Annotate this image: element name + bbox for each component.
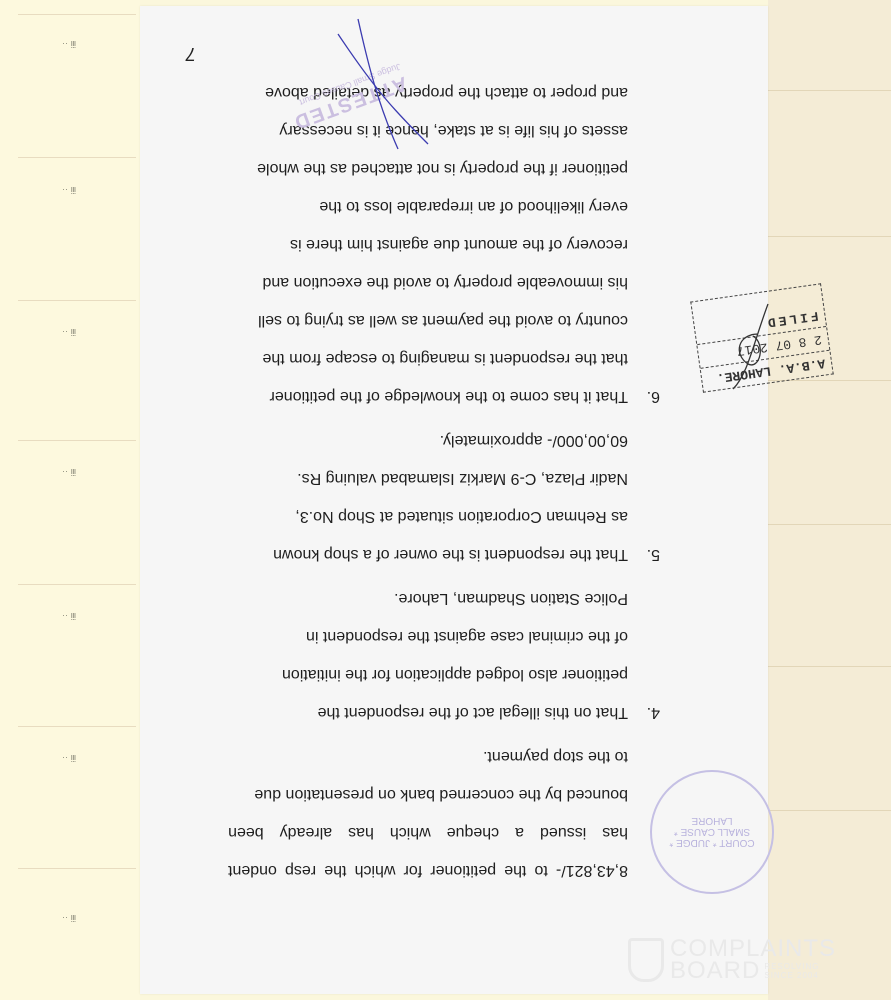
word: resp [285, 858, 316, 882]
watermark-tagline1: RESOLVING [764, 962, 819, 971]
word: has [602, 820, 628, 844]
text-line: recovery of the amount due against him t… [290, 232, 628, 256]
text-line: Police Station Shadman, Lahore. [394, 586, 628, 610]
margin-mark: ⅲ ·· [62, 752, 76, 763]
margin-mark: ⅲ ·· [62, 38, 76, 49]
text-line: 8,43,821/-tothepetitionerforwhichtheresp… [228, 858, 628, 882]
ruled-line [768, 524, 891, 525]
word: a [515, 820, 524, 844]
word: the [504, 858, 526, 882]
word: petitioner [430, 858, 496, 882]
text-line: hasissuedachequewhichhasalreadybeen [228, 820, 628, 844]
ruled-line [18, 14, 136, 15]
text-line: That the respondent is the owner of a sh… [273, 542, 628, 566]
ruled-line [768, 810, 891, 811]
margin-mark: ⅲ ·· [62, 912, 76, 923]
word: been [228, 820, 264, 844]
ruled-line [18, 157, 136, 158]
ruled-line [18, 726, 136, 727]
watermark-line2: BOARD [670, 960, 760, 982]
text-line: That on this illegal act of the responde… [318, 700, 628, 724]
ruled-line [768, 666, 891, 667]
text-line: that the respondent is managing to escap… [262, 346, 628, 370]
text-line: country to avoid the payment as well as … [258, 308, 628, 332]
complaints-board-watermark: COMPLAINTS BOARD RESOLVING SINCE 2004 [628, 935, 858, 985]
margin-mark: ⅲ ·· [62, 466, 76, 477]
word: which [390, 820, 431, 844]
word: the [324, 858, 346, 882]
text-line: bounced by the concerned bank on present… [254, 782, 628, 806]
word: already [280, 820, 332, 844]
ruled-line [768, 90, 891, 91]
word: cheque [447, 820, 500, 844]
paragraph-number: 6. [647, 384, 660, 408]
word: for [404, 858, 423, 882]
text-line: to the stop payment. [483, 744, 628, 768]
text-line: as Rehman Corporation situated at Shop N… [295, 504, 628, 528]
margin-mark: ⅲ ·· [62, 184, 76, 195]
paragraph-number: 5. [647, 542, 660, 566]
word: to [535, 858, 548, 882]
signature-mark [318, 14, 438, 154]
text-line: petitioner also lodged application for t… [282, 662, 628, 686]
word: 8,43,821/- [556, 858, 628, 882]
document-page: 7 8,43,821/-tothepetitionerforwhichthere… [140, 6, 768, 994]
word: has [348, 820, 374, 844]
ruled-line [18, 584, 136, 585]
rotated-page-content: 7 8,43,821/-tothepetitionerforwhichthere… [140, 6, 768, 994]
margin-mark: ⅲ ·· [62, 326, 76, 337]
shield-logo-icon [628, 938, 664, 982]
text-line: every likelihood of an irreparable loss … [319, 194, 628, 218]
word: issued [540, 820, 586, 844]
text-line: petitioner if the property is not attach… [257, 156, 628, 180]
ruled-line [768, 236, 891, 237]
page-number: 7 [186, 43, 196, 64]
margin-mark: ⅲ ·· [62, 610, 76, 621]
ruled-line [18, 300, 136, 301]
text-line: of the criminal case against the respond… [306, 624, 628, 648]
initials-mark [718, 294, 778, 394]
paragraph-number: 4. [647, 700, 660, 724]
text-line: his immoveable property to avoid the exe… [262, 270, 628, 294]
court-seal: COURT * JUDGE * SMALL CAUSE * LAHORE [650, 770, 774, 894]
text-line: 60,00,000/- approximately. [440, 428, 628, 452]
text-line: That it has come to the knowledge of the… [270, 384, 628, 408]
backing-sheet-right [768, 0, 891, 1000]
word: which [355, 858, 396, 882]
watermark-tagline2: SINCE 2004 [764, 971, 819, 980]
ruled-line [18, 868, 136, 869]
court-seal-text: COURT * JUDGE * SMALL CAUSE * LAHORE [667, 816, 757, 849]
ruled-line [18, 440, 136, 441]
text-line: Nadir Plaza, C-9 Markiz Islamabad valuin… [297, 466, 628, 490]
backing-sheet-left: ⅲ ·· ⅲ ·· ⅲ ·· ⅲ ·· ⅲ ·· ⅲ ·· ⅲ ·· [0, 0, 140, 1000]
word: ondent [228, 858, 277, 882]
